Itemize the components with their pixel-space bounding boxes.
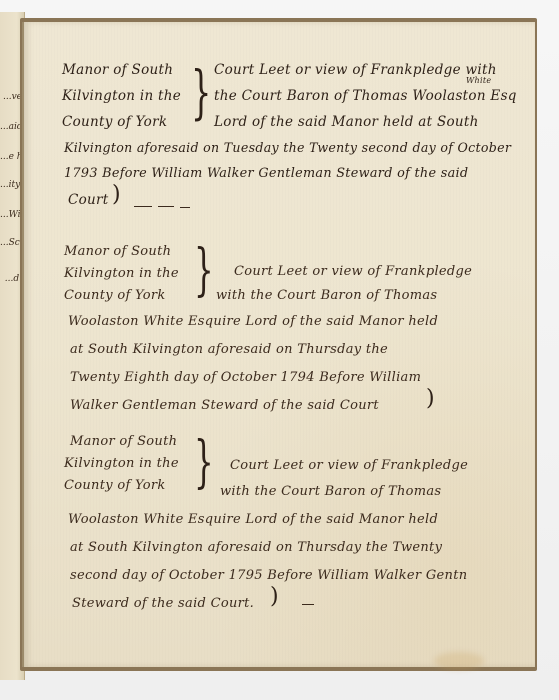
curly-brace-icon: } xyxy=(194,430,214,495)
closing-flourish-icon: ) xyxy=(112,182,121,207)
entry-body-line: Steward of the said Court. xyxy=(72,596,254,611)
left-page-fragment: ...d. xyxy=(0,274,22,284)
curly-brace-icon: } xyxy=(194,238,214,303)
entry-body-line: Walker Gentleman Steward of the said Cou… xyxy=(70,398,379,413)
entry-heading-line: Kilvington in the xyxy=(64,456,179,471)
entry-heading-line: County of York xyxy=(64,288,166,303)
entry-body-line: at South Kilvington aforesaid on Thursda… xyxy=(70,540,442,555)
entry-body-line: with the Court Baron of Thomas xyxy=(216,288,437,303)
left-page-fragment: ...ve xyxy=(0,92,22,102)
entry-body-line: Court xyxy=(68,192,109,208)
entry-heading-line: Kilvington in the xyxy=(62,88,181,104)
entry-body-line: at South Kilvington aforesaid on Thursda… xyxy=(70,342,388,357)
entry-body-line: Kilvington aforesaid on Tuesday the Twen… xyxy=(64,140,511,155)
entry-body-line: the Court Baron of Thomas Woolaston Esq xyxy=(214,88,517,104)
line-filler xyxy=(134,206,152,207)
entry-body-line: with the Court Baron of Thomas xyxy=(220,484,441,499)
entry-body-line: Twenty Eighth day of October 1794 Before… xyxy=(70,370,421,385)
entry-heading-line: Kilvington in the xyxy=(64,266,179,281)
entry-body-line: 1793 Before William Walker Gentleman Ste… xyxy=(64,166,468,181)
line-filler xyxy=(302,604,314,605)
manuscript-page: Manor of South Kilvington in the County … xyxy=(22,22,535,667)
entry-body-line: second day of October 1795 Before Willia… xyxy=(70,568,467,583)
left-page-fragment: ...aid xyxy=(0,122,22,132)
entry-body-line: Woolaston White Esquire Lord of the said… xyxy=(68,314,438,329)
foxing-stain xyxy=(434,652,484,670)
line-filler xyxy=(158,206,174,207)
entry-body-line: Court Leet or view of Frankpledge with xyxy=(214,62,497,78)
line-filler xyxy=(180,207,190,208)
left-page-fragment: ...ity of xyxy=(0,180,22,190)
entry-body-line: Court Leet or view of Frankpledge xyxy=(234,264,472,279)
entry-body-line: Woolaston White Esquire Lord of the said… xyxy=(68,512,438,527)
entry-heading-line: Manor of South xyxy=(70,434,177,449)
curly-brace-icon: } xyxy=(191,58,211,126)
closing-flourish-icon: ) xyxy=(426,386,435,411)
closing-flourish-icon: ) xyxy=(270,584,279,609)
entry-heading-line: Manor of South xyxy=(62,62,173,78)
entry-heading-line: Manor of South xyxy=(64,244,171,259)
entry-body-line: Court Leet or view of Frankpledge xyxy=(230,458,468,473)
left-page-fragment: ...Wilson xyxy=(0,210,22,220)
entry-heading-line: County of York xyxy=(64,478,166,493)
entry-body-line: Lord of the said Manor held at South xyxy=(214,114,479,130)
left-page-fragment: ...Scrive xyxy=(0,238,22,248)
left-page-fragment: ...e hon xyxy=(0,152,22,162)
entry-heading-line: County of York xyxy=(62,114,167,130)
